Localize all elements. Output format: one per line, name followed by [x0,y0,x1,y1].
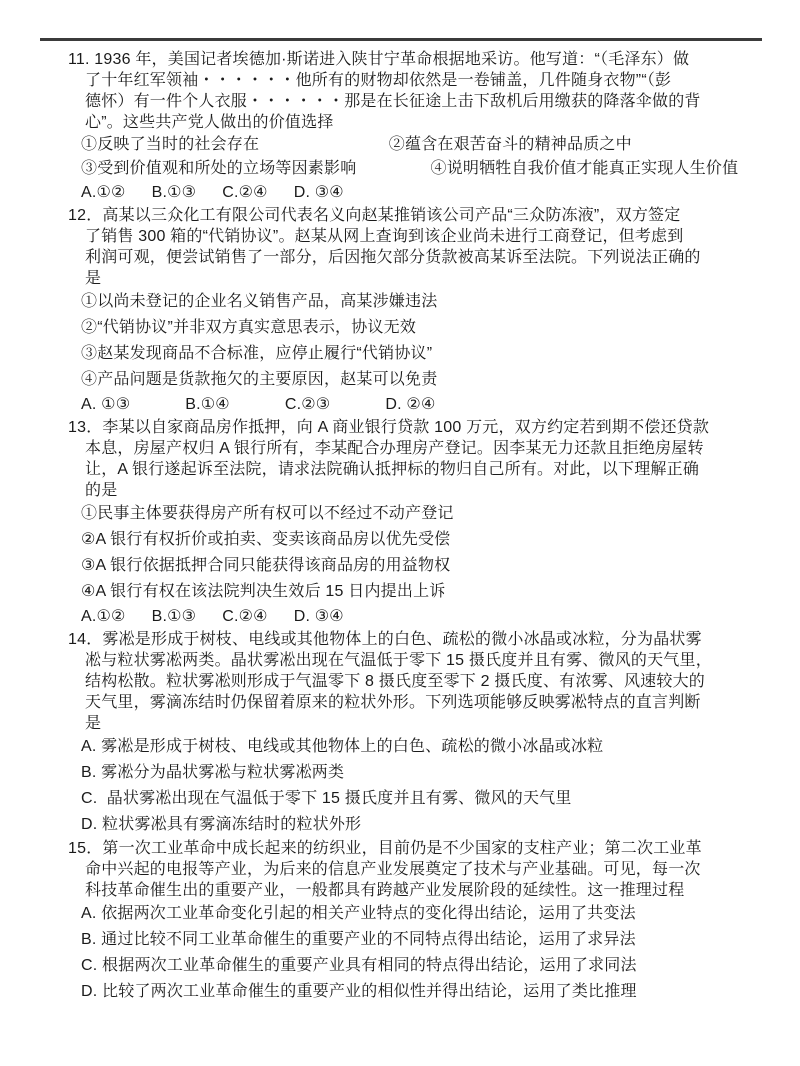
lettered-option: B. 通过比较不同工业革命催生的重要产业的不同特点得出结论，运用了求异法 [68,927,748,953]
answer-choices: A.①② B.①③ C.②④ D. ③④ [68,605,748,629]
stem-line: 凇与粒状雾凇两类。晶状雾凇出现在气温低于零下 15 摄氏度并且有雾、微风的天气里… [68,650,748,671]
stem-line: 14．雾凇是形成于树枝、电线或其他物体上的白色、疏松的微小冰晶或冰粒，分为晶状雾 [68,629,748,650]
lettered-option: A. 雾凇是形成于树枝、电线或其他物体上的白色、疏松的微小冰晶或冰粒 [68,734,748,760]
stem-line: 命中兴起的电报等产业，为后来的信息产业发展奠定了技术与产业基础。可见，每一次 [68,859,748,880]
stem-line: 了十年红军领袖・・・・・・他所有的财物却依然是一卷铺盖，几件随身衣物”“（彭 [68,70,748,91]
lettered-option: D. 粒状雾凇具有雾滴冻结时的粒状外形 [68,812,748,838]
stem-line: 15．第一次工业革命中成长起来的纺织业，目前仍是不少国家的支柱产业；第二次工业革 [68,838,748,859]
stem-line: 是 [68,713,748,734]
option-row: ③受到价值观和所处的立场等因素影响 ④说明牺牲自我价值才能真正实现人生价值 [68,157,748,181]
numbered-option: ②A 银行有权折价或拍卖、变卖该商品房以优先受偿 [68,527,748,553]
stem-line: 本息，房屋产权归 A 银行所有，李某配合办理房产登记。因李某无力还款且拒绝房屋转 [68,438,748,459]
answer-choice-b: B.①④ [185,393,230,417]
header-divider [40,38,762,41]
stem-line: 是 [68,268,748,289]
answer-choice-b: B.①③ [152,181,197,205]
stem-line: 德怀）有一件个人衣服・・・・・・那是在长征途上击下敌机后用缴获的降落伞做的背 [68,91,748,112]
stem-line: 了销售 300 箱的“代销协议”。赵某从网上查询到该企业尚未进行工商登记，但考虑… [68,226,748,247]
lettered-option: A. 依据两次工业革命变化引起的相关产业特点的变化得出结论，运用了共变法 [68,901,748,927]
stem-line: 结构松散。粒状雾凇则形成于气温零下 8 摄氏度至零下 2 摄氏度、有浓雾、风速较… [68,671,748,692]
question-12: 12．高某以三众化工有限公司代表名义向赵某推销该公司产品“三众防冻液”，双方签定… [68,205,748,417]
lettered-option: D. 比较了两次工业革命催生的重要产业的相似性并得出结论，运用了类比推理 [68,979,748,1005]
answer-choice-b: B.①③ [152,605,197,629]
answer-choice-a: A.①② [81,605,126,629]
question-13: 13．李某以自家商品房作抵押，向 A 商业银行贷款 100 万元，双方约定若到期… [68,417,748,629]
answer-choice-c: C.②③ [285,393,331,417]
answer-choices: A.①② B.①③ C.②④ D. ③④ [68,181,748,205]
numbered-option: ③赵某发现商品不合标准，应停止履行“代销协议” [68,341,748,367]
answer-choice-d: D. ③④ [294,605,344,629]
answer-choices: A. ①③ B.①④ C.②③ D. ②④ [68,393,748,417]
numbered-option: ①民事主体要获得房产所有权可以不经过不动产登记 [68,501,748,527]
stem-line: 13．李某以自家商品房作抵押，向 A 商业银行贷款 100 万元，双方约定若到期… [68,417,748,438]
numbered-option: ②“代销协议”并非双方真实意思表示，协议无效 [68,315,748,341]
stem-line: 利润可观，便尝试销售了一部分，后因拖欠部分货款被高某诉至法院。下列说法正确的 [68,247,748,268]
option-row: ①反映了当时的社会存在 ②蕴含在艰苦奋斗的精神品质之中 [68,133,748,157]
stem-line: 12．高某以三众化工有限公司代表名义向赵某推销该公司产品“三众防冻液”，双方签定 [68,205,748,226]
answer-choice-d: D. ③④ [294,181,344,205]
question-11: 11. 1936 年，美国记者埃德加·斯诺进入陕甘宁革命根据地采访。他写道：“（… [68,49,748,205]
question-14: 14．雾凇是形成于树枝、电线或其他物体上的白色、疏松的微小冰晶或冰粒，分为晶状雾… [68,629,748,838]
stem-line: 的是 [68,480,748,501]
lettered-option: C. 晶状雾凇出现在气温低于零下 15 摄氏度并且有雾、微风的天气里 [68,786,748,812]
answer-choice-a: A. ①③ [81,393,130,417]
numbered-option: ④产品问题是货款拖欠的主要原因，赵某可以免责 [68,367,748,393]
answer-choice-d: D. ②④ [385,393,435,417]
stem-line: 科技革命催生出的重要产业，一般都具有跨越产业发展阶段的延续性。这一推理过程 [68,880,748,901]
stem-line: 天气里，雾滴冻结时仍保留着原来的粒状外形。下列选项能够反映雾凇特点的直言判断 [68,692,748,713]
question-15: 15．第一次工业革命中成长起来的纺织业，目前仍是不少国家的支柱产业；第二次工业革… [68,838,748,1005]
answer-choice-c: C.②④ [222,181,268,205]
numbered-option: ④A 银行有权在该法院判决生效后 15 日内提出上诉 [68,579,748,605]
stem-line: 11. 1936 年，美国记者埃德加·斯诺进入陕甘宁革命根据地采访。他写道：“（… [68,49,748,70]
answer-choice-a: A.①② [81,181,126,205]
lettered-option: C. 根据两次工业革命催生的重要产业具有相同的特点得出结论，运用了求同法 [68,953,748,979]
numbered-option: ③A 银行依据抵押合同只能获得该商品房的用益物权 [68,553,748,579]
stem-line: 让，A 银行遂起诉至法院，请求法院确认抵押标的物归自己所有。对此，以下理解正确 [68,459,748,480]
answer-choice-c: C.②④ [222,605,268,629]
numbered-option: ①以尚未登记的企业名义销售产品，高某涉嫌违法 [68,289,748,315]
exam-questions-area: 11. 1936 年，美国记者埃德加·斯诺进入陕甘宁革命根据地采访。他写道：“（… [68,49,748,1005]
lettered-option: B. 雾凇分为晶状雾凇与粒状雾凇两类 [68,760,748,786]
stem-line: 心”。这些共产党人做出的价值选择 [68,112,748,133]
